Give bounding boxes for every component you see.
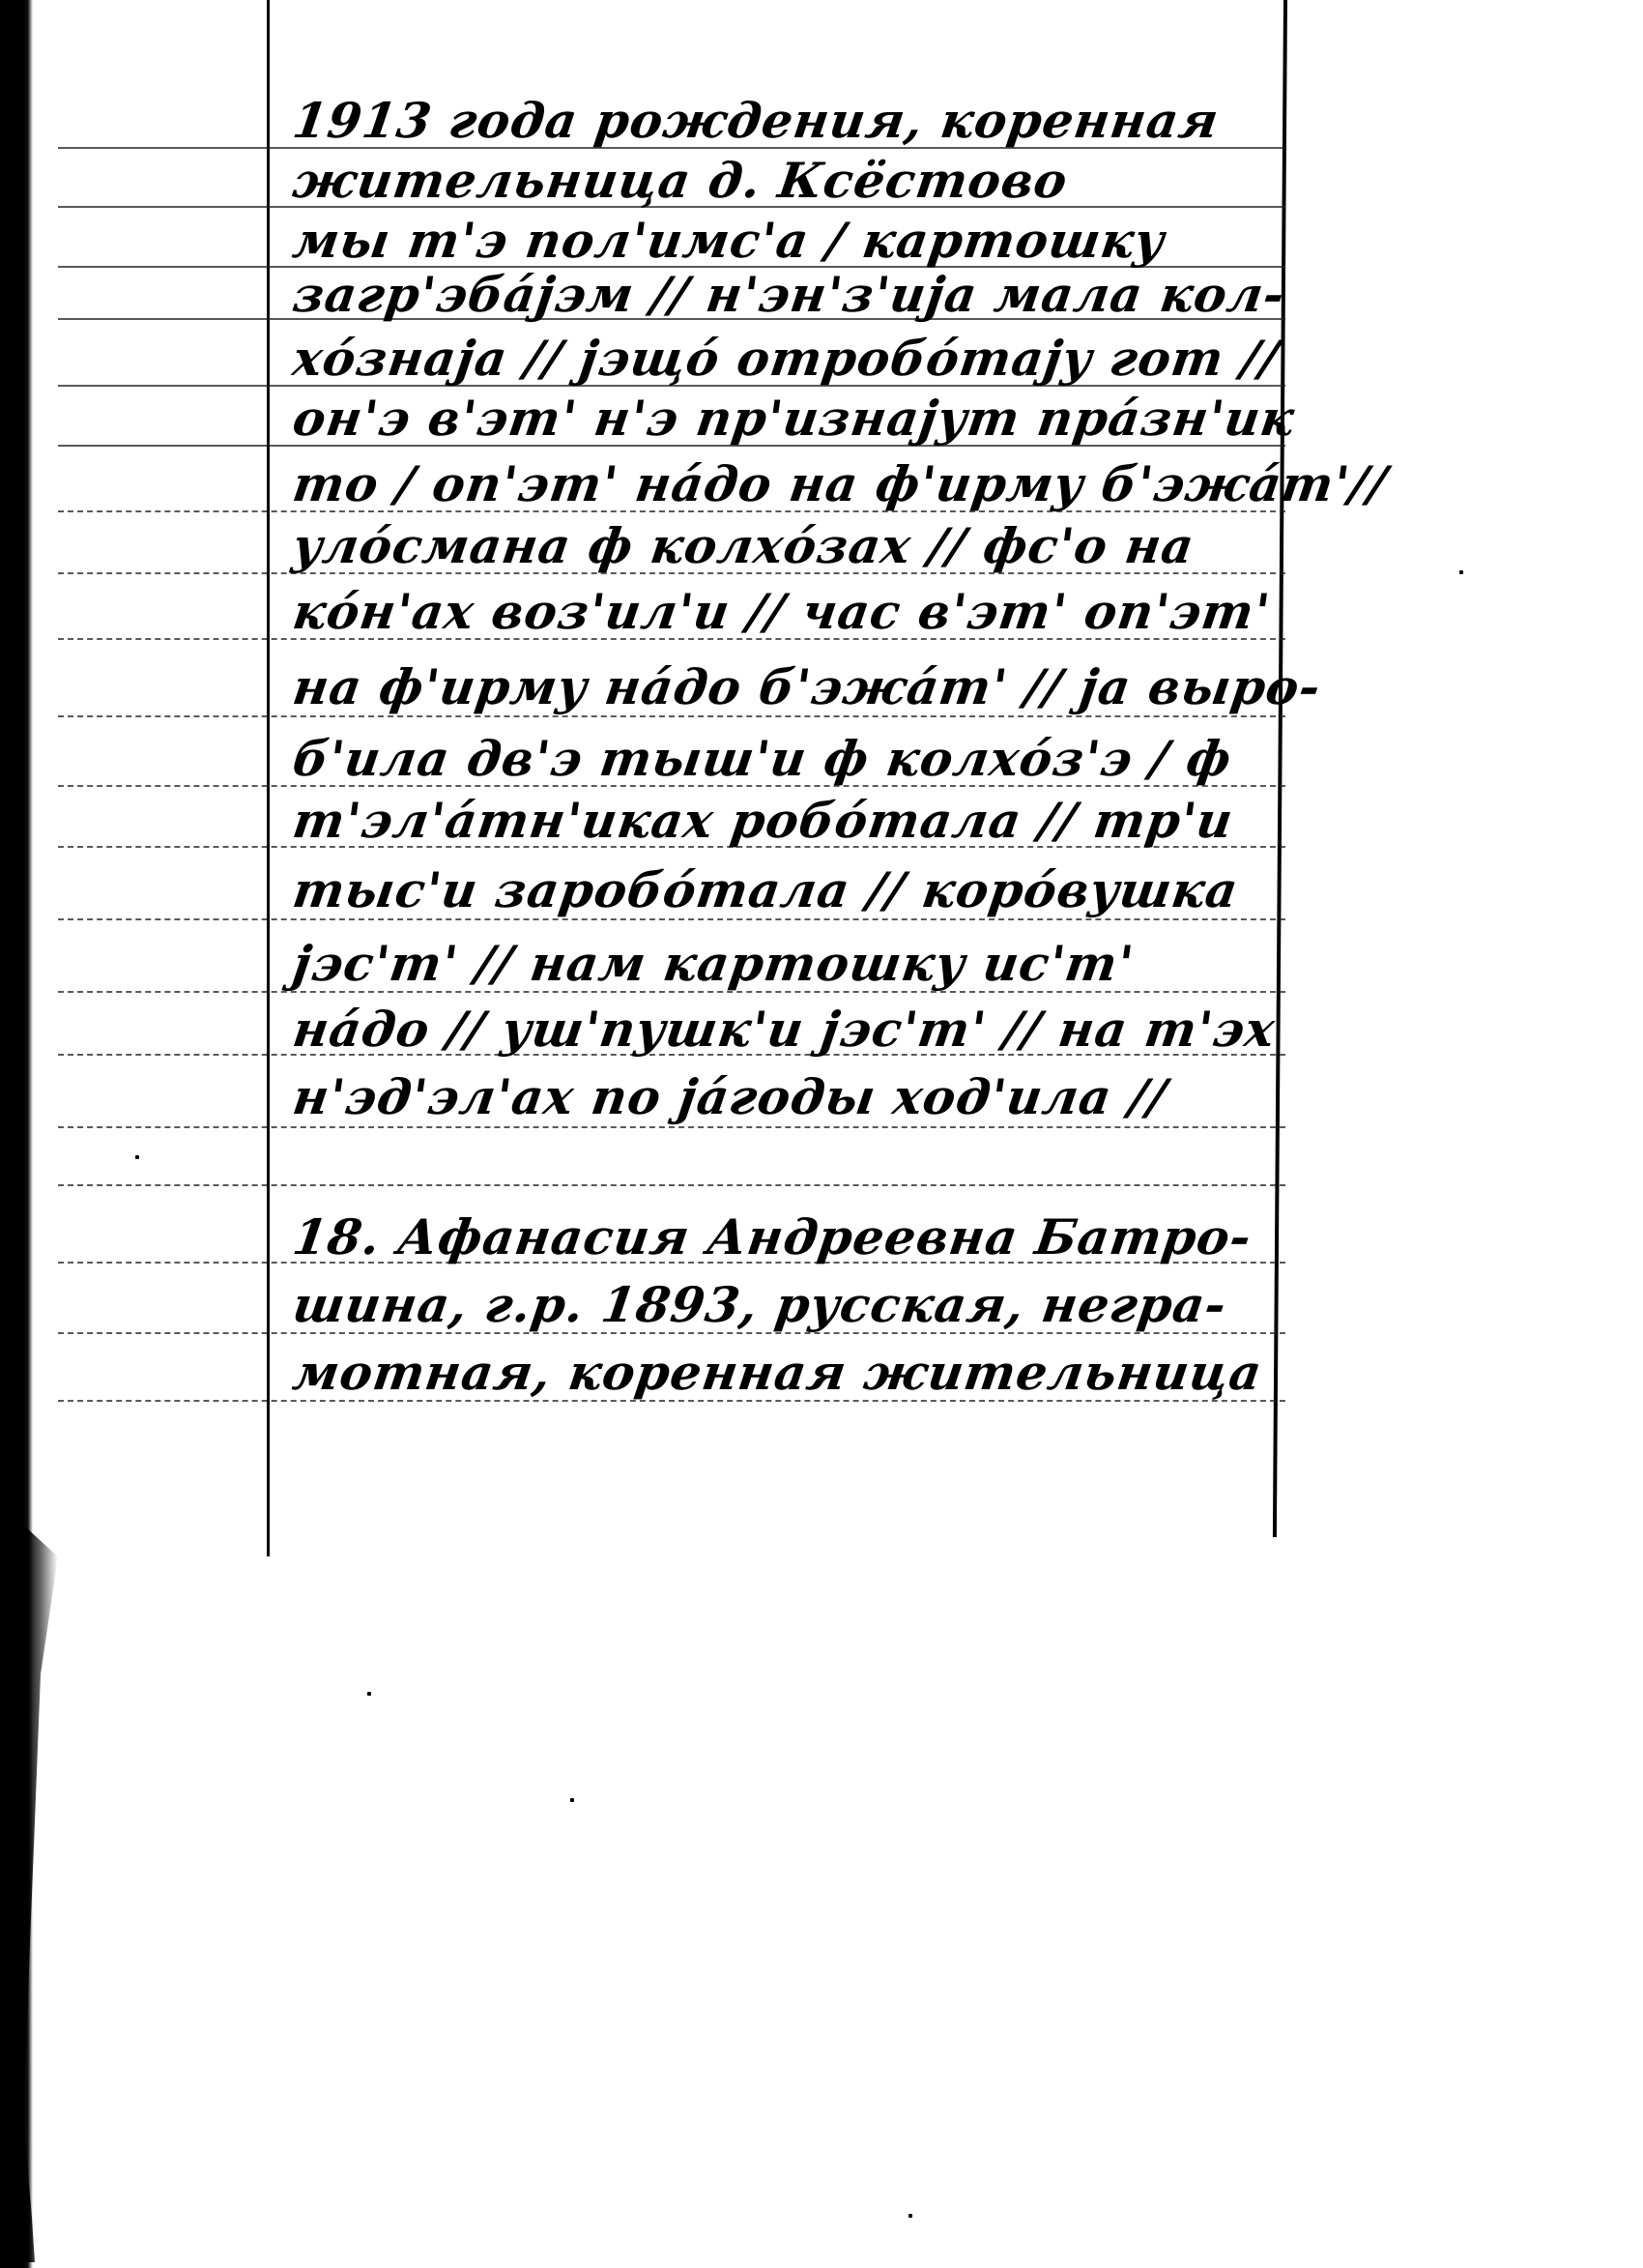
handwritten-line: јэс'т' // нам картошку ис'т' [290, 940, 1137, 988]
handwritten-line: шина, г.р. 1893, русская, негра- [290, 1281, 1229, 1329]
handwritten-line: мотная, коренная жительница [290, 1349, 1265, 1397]
scan-speck [908, 2214, 912, 2218]
ruled-line [58, 1126, 1285, 1128]
ruled-line [58, 1184, 1285, 1186]
paper-right-edge [1273, 0, 1287, 1537]
handwritten-line: жительница д. Ксёстово [290, 157, 1071, 205]
handwritten-line: б'ила дв'э тыш'и ф колхóз'э / ф [290, 735, 1235, 783]
handwritten-line: на ф'ирму нáдо б'эжáт' // ја выро- [290, 663, 1324, 712]
handwritten-line: н'эд'эл'ах по јáгоды ход'ила // [290, 1073, 1170, 1121]
handwritten-line: тыс'и заробóтала // корóвушка [290, 866, 1241, 915]
ruled-line [58, 918, 1285, 920]
scan-speck [1459, 570, 1463, 574]
handwritten-line: 1913 года рождения, коренная [290, 97, 1222, 145]
handwritten-line: кóн'ах воз'ил'и // час в'эт' оп'эт' [290, 588, 1273, 636]
scan-speck [135, 1155, 139, 1159]
handwritten-line: 18. Афанасия Андреевна Батро- [290, 1213, 1254, 1262]
scan-speck [367, 1692, 371, 1696]
ruled-line [58, 715, 1285, 717]
handwritten-line: улóсмана ф колхóзах // фс'о на [290, 522, 1197, 570]
handwritten-line: нáдо // уш'пушк'и јэс'т' // на т'эх [290, 1005, 1279, 1054]
handwritten-line: то / оп'эт' нáдо на ф'ирму б'эжáт'// [290, 460, 1391, 509]
handwritten-line: загр'эбáјэм // н'эн'з'ија мала кол- [290, 271, 1288, 319]
handwritten-line: он'э в'эт' н'э пр'изнајут прáзн'ик [290, 394, 1298, 443]
scanned-notebook-page: 1913 года рождения, коренная жительница … [0, 0, 1643, 2268]
handwritten-line: мы т'э пол'имс'а / картошку [290, 217, 1168, 265]
scan-speck [570, 1798, 574, 1802]
handwritten-line: хóзнаја // јэщó отробóтају гот // [290, 334, 1283, 383]
margin-rule [267, 0, 270, 1556]
handwritten-line: т'эл'áтн'иках робóтала // тр'и [290, 797, 1236, 845]
